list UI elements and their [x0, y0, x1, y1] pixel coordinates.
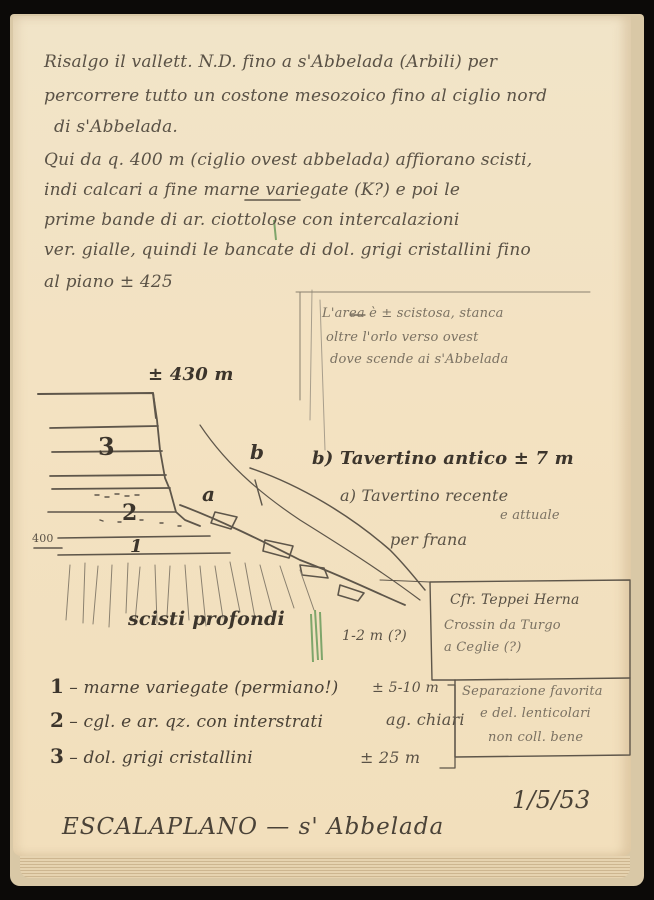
legend-item: 3 – dol. grigi cristallini	[50, 744, 253, 768]
box-note-lower-line: e del. lenticolari	[480, 706, 591, 721]
legend-item: 2 – cgl. e ar. qz. con interstrati	[50, 708, 323, 732]
legend-number: 3	[50, 744, 64, 768]
legend-text: cgl. e ar. qz. con interstrati	[84, 712, 324, 732]
annotation-a-2: e attuale	[500, 508, 560, 523]
legend-number: 1	[50, 674, 64, 698]
page-date: 1/5/53	[512, 786, 590, 814]
box-note-upper-line: Cfr. Teppei Herna	[450, 592, 580, 608]
elevation-base-label: 400	[32, 532, 54, 545]
paragraph-line: percorrere tutto un costone mesozoico fi…	[44, 86, 547, 106]
annotation-a: a) Tavertino recente	[340, 486, 508, 505]
basement-label: scisti profondi	[128, 608, 285, 630]
box-note-lower-line: Separazione favorita	[462, 684, 603, 699]
side-note-line: oltre l'orlo verso ovest	[326, 330, 479, 345]
paragraph-line: prime bande di ar. ciottolose con interc…	[44, 210, 460, 230]
feature-label-a: a	[202, 482, 215, 506]
page-edges	[20, 856, 630, 878]
feature-label-b: b	[250, 440, 264, 464]
paragraph-line: ver. gialle, quindi le bancate di dol. g…	[44, 240, 531, 260]
annotation-b: b) Tavertino antico ± 7 m	[312, 448, 574, 469]
paragraph-line: Risalgo il vallett. N.D. fino a s'Abbela…	[44, 52, 497, 72]
legend-text: marne variegate (permiano!)	[84, 678, 339, 698]
legend-thickness: ag. chiari	[386, 710, 465, 729]
thickness-note: 1-2 m (?)	[342, 628, 407, 644]
layer-label-1: 1	[130, 536, 143, 557]
paragraph-line: di s'Abbelada.	[54, 117, 178, 137]
box-note-upper-line: Crossin da Turgo	[444, 618, 561, 633]
legend-text: –	[69, 678, 83, 698]
legend-number: 2	[50, 708, 64, 732]
side-note-line: dove scende ai s'Abbelada	[330, 352, 508, 367]
legend-thickness: ± 5-10 m	[372, 680, 439, 696]
box-note-upper-line: a Ceglie (?)	[444, 640, 522, 655]
legend-text: –	[69, 712, 83, 732]
side-note-line: L'area è ± scistosa, stanca	[322, 306, 504, 321]
legend-text: –	[69, 748, 83, 768]
box-note-lower-line: non coll. bene	[488, 730, 583, 745]
legend-text: dol. grigi cristallini	[84, 748, 253, 768]
paragraph-line: indi calcari a fine marne variegate (K?)…	[44, 180, 460, 200]
elevation-top-label: ± 430 m	[148, 364, 234, 385]
legend-thickness: ± 25 m	[360, 748, 420, 767]
layer-label-2: 2	[122, 500, 138, 526]
annotation-a-3: per frana	[390, 530, 467, 549]
footer-title: ESCALAPLANO — s' Abbelada	[62, 814, 444, 840]
paragraph-line: Qui da q. 400 m (ciglio ovest abbelada) …	[44, 150, 532, 170]
layer-label-3: 3	[98, 432, 115, 461]
legend-item: 1 – marne variegate (permiano!)	[50, 674, 338, 698]
paragraph-line: al piano ± 425	[44, 272, 173, 292]
